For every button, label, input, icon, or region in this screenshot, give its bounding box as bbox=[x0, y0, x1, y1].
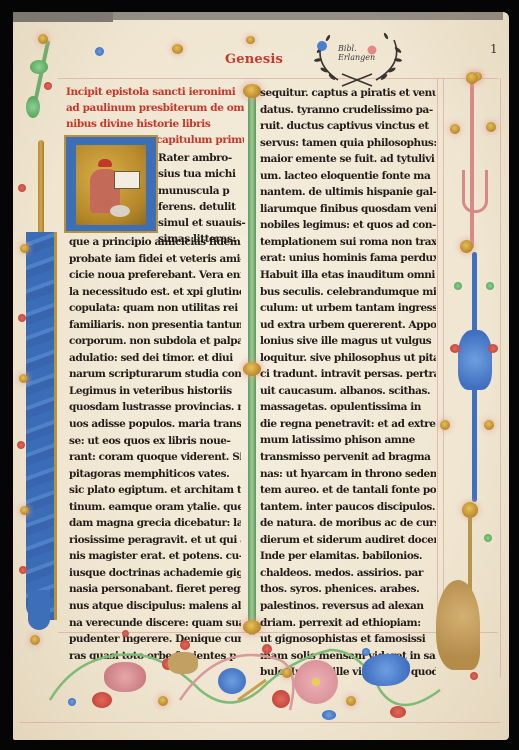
gold-acanthus-icon bbox=[168, 652, 198, 674]
blue-flower-icon bbox=[322, 710, 336, 720]
red-bud-icon bbox=[272, 690, 290, 708]
blue-flower-icon bbox=[68, 698, 76, 706]
red-bud-icon bbox=[180, 640, 190, 650]
blue-lily-icon bbox=[218, 668, 246, 694]
gold-dot-icon bbox=[158, 696, 168, 706]
blue-acanthus-icon bbox=[362, 654, 410, 686]
red-bud-icon bbox=[92, 692, 112, 708]
red-flower-icon bbox=[122, 630, 129, 637]
red-bud-icon bbox=[262, 644, 272, 654]
blue-flower-icon bbox=[362, 648, 370, 656]
gold-dot-icon bbox=[282, 668, 292, 678]
pink-rose-icon bbox=[294, 660, 338, 704]
bottom-floral-border bbox=[0, 0, 519, 750]
gold-dot-icon bbox=[346, 696, 356, 706]
red-bud-icon bbox=[390, 706, 406, 718]
pink-flower-icon bbox=[104, 662, 146, 692]
